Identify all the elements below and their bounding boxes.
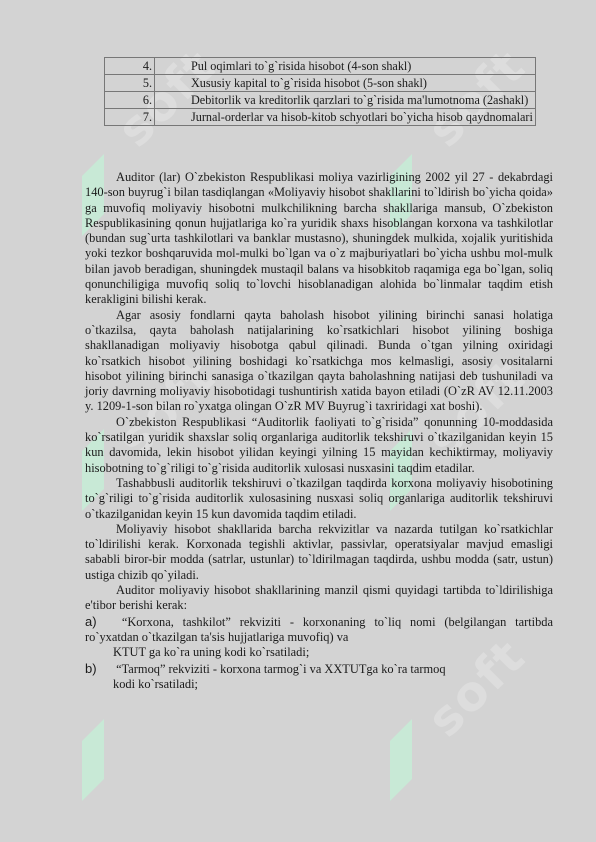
row-text: Debitorlik va kreditorlik qarzlari to`g`… — [155, 92, 536, 109]
paragraph: Auditor moliyaviy hisobot shakllarining … — [85, 583, 553, 614]
table-row: 5. Xususiy kapital to`g`risida hisobot (… — [105, 75, 536, 92]
document-page: 4. Pul oqimlari to`g`risida hisobot (4-s… — [0, 0, 596, 842]
paragraph: Auditor (lar) O`zbekiston Respublikasi m… — [85, 170, 553, 308]
list-label: a) — [85, 614, 113, 629]
list-item-a: a) “Korxona, tashkilot” rekviziti - korx… — [85, 614, 553, 646]
table-row: 6. Debitorlik va kreditorlik qarzlari to… — [105, 92, 536, 109]
row-text: Xususiy kapital to`g`risida hisobot (5-s… — [155, 75, 536, 92]
list-item-b: b) “Tarmoq” rekviziti - korxona tarmog`i… — [85, 661, 553, 677]
document-body: Auditor (lar) O`zbekiston Respublikasi m… — [85, 170, 553, 692]
row-text: Pul oqimlari to`g`risida hisobot (4-son … — [155, 58, 536, 75]
row-number: 7. — [105, 109, 155, 126]
report-forms-table: 4. Pul oqimlari to`g`risida hisobot (4-s… — [104, 57, 536, 126]
row-number: 4. — [105, 58, 155, 75]
row-text: Jurnal-orderlar va hisob-kitob schyotlar… — [155, 109, 536, 126]
paragraph: Tashabbusli auditorlik tekshiruvi o`tkaz… — [85, 476, 553, 522]
paragraph: Agar asosiy fondlarni qayta baholash his… — [85, 308, 553, 415]
paragraph: Moliyaviy hisobot shakllarida barcha rek… — [85, 522, 553, 583]
row-number: 5. — [105, 75, 155, 92]
paragraph: O`zbekiston Respublikasi “Auditorlik fao… — [85, 415, 553, 476]
table-row: 4. Pul oqimlari to`g`risida hisobot (4-s… — [105, 58, 536, 75]
list-text: “Tarmoq” rekviziti - korxona tarmog`i va… — [113, 662, 446, 676]
row-number: 6. — [105, 92, 155, 109]
table-row: 7. Jurnal-orderlar va hisob-kitob schyot… — [105, 109, 536, 126]
list-label: b) — [85, 661, 113, 676]
list-text: “Korxona, tashkilot” rekviziti - korxona… — [85, 615, 553, 644]
list-item-continuation: KTUT ga ko`ra uning kodi ko`rsatiladi; — [85, 645, 553, 660]
list-item-continuation: kodi ko`rsatiladi; — [85, 677, 553, 692]
